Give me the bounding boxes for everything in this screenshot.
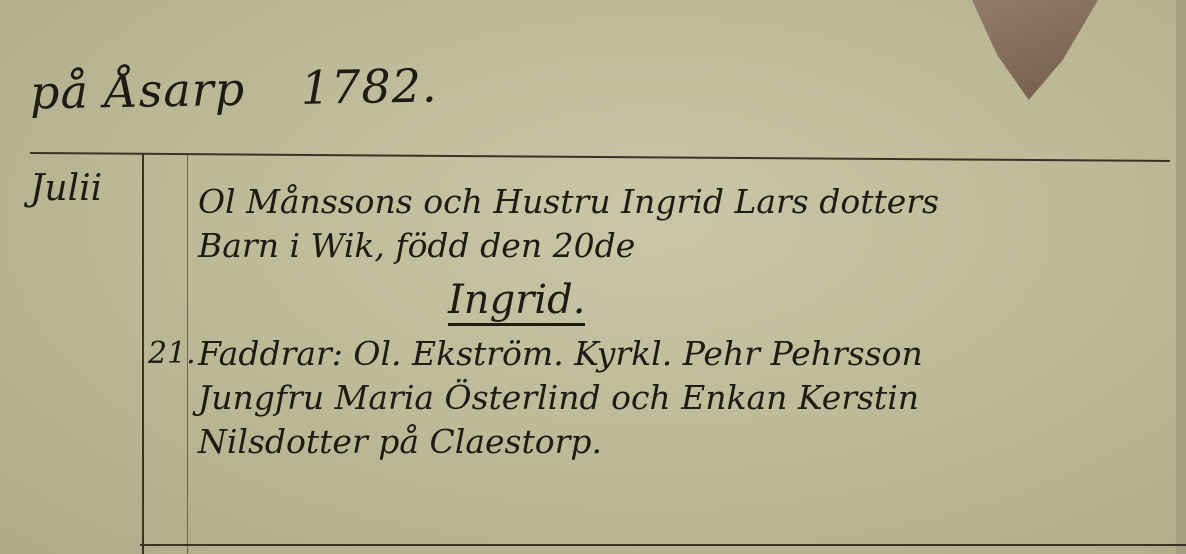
top-rule xyxy=(30,152,1170,162)
page-heading: på Åsarp 1782. xyxy=(30,58,438,119)
witness-line-2: Jungfru Maria Österlind och Enkan Kersti… xyxy=(198,376,1168,420)
child-name: Ingrid. xyxy=(198,268,1168,332)
record-month: Julii xyxy=(30,168,102,209)
heading-place: Åsarp xyxy=(104,62,246,118)
heading-prefix: på xyxy=(30,65,90,120)
birth-line: Barn i Wik, född den 20de xyxy=(198,224,1168,268)
witness-line-3: Nilsdotter på Claestorp. xyxy=(198,420,1168,464)
record-day: 21. xyxy=(148,336,196,371)
child-name-text: Ingrid. xyxy=(448,277,585,326)
witness-line-1: Faddrar: Ol. Ekström. Kyrkl. Pehr Pehrss… xyxy=(198,332,1168,376)
register-page: på Åsarp 1782. Julii 21. Ol Månssons och… xyxy=(0,0,1186,554)
record-entry: Ol Månssons och Hustru Ingrid Lars dotte… xyxy=(198,180,1168,464)
bookmark-ribbon xyxy=(972,0,1098,100)
page-edge xyxy=(1176,0,1186,554)
month-column-divider xyxy=(142,154,144,554)
heading-year: 1782. xyxy=(300,58,438,114)
bottom-rule xyxy=(140,544,1186,546)
parents-line: Ol Månssons och Hustru Ingrid Lars dotte… xyxy=(198,180,1168,224)
